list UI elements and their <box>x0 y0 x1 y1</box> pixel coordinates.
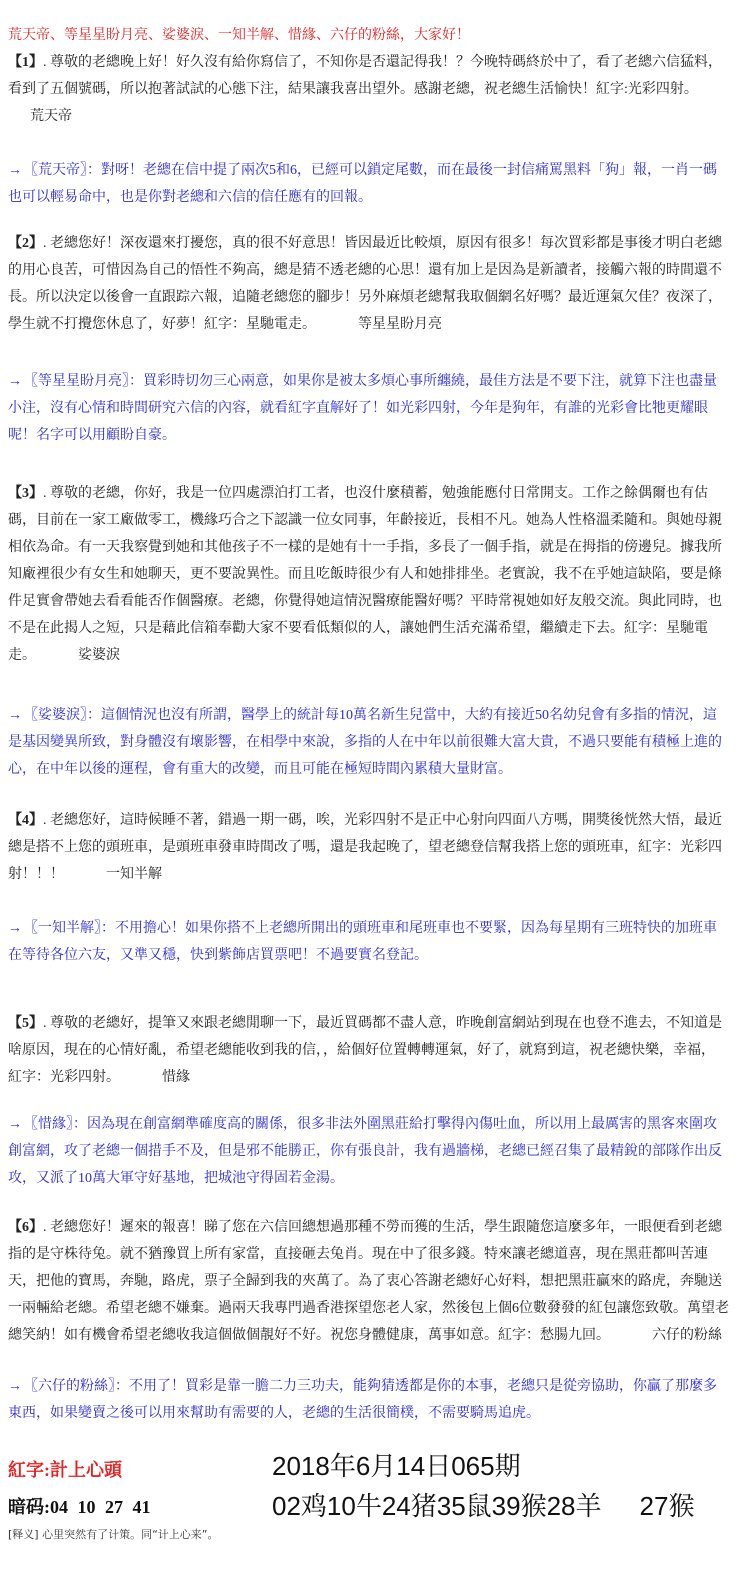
reply-text: 是基因變異所致，對身體沒有壞影響，在相學中來說，多指的人在中年以前很難大富大貴，… <box>8 735 722 750</box>
reply-line: →〖惜緣〗：因為現在創富網準確度高的關係，很多非法外圍黑莊給打擊得內傷吐血，所以… <box>8 1111 748 1138</box>
arrow-right-icon: → <box>8 368 24 395</box>
reply-line: 呢！名字可以用顧盼自豪。 <box>8 422 748 449</box>
reply-text: 〖惜緣〗：因為現在創富網準確度高的關係，很多非法外圍黑莊給打擊得內傷吐血，所以用… <box>24 1117 717 1132</box>
reply-6: →〖六仔的粉絲〗：不用了！買彩是靠一膽二力三功夫，能夠猜透都是你的本事，老總只是… <box>8 1373 748 1427</box>
letter-line: 【4】. 老總您好，這時候睡不著，錯過一期一碼，唉，光彩四射不是正中心射向四面八… <box>8 807 748 834</box>
letter-text: 知廠裡很少有女生和她聊天，更不要說異性。而且吃飯時很少有人和她排排坐。老實說，我… <box>8 567 722 582</box>
reply-text: 攻，又派了10萬大軍守好基地，把城池守得固若金湯。 <box>8 1171 344 1186</box>
letter-number: 【3】 <box>8 486 43 501</box>
letter-3: 【3】. 尊敬的老總，你好，我是一位四處漂泊打工者，也沒什麼積蓄，勉強能應付日常… <box>8 480 748 669</box>
arrow-right-icon: → <box>8 157 24 184</box>
letter-line: 件足實會帶她去看看能否作個醫療。老總，你覺得她這情況醫療能醫好嗎？平時常視她如好… <box>8 588 748 615</box>
letter-text: . 尊敬的老總晚上好！好久沒有給你寫信了，不知你是否還記得我！？今晚特碼終於中了… <box>43 55 722 70</box>
letter-line: 紅字：光彩四射。惜緣 <box>8 1064 748 1091</box>
greeting: 荒天帝、等星星盼月亮、娑婆淚、一知半解、惜緣、六仔的粉絲，大家好！ <box>8 22 748 49</box>
letter-line: 碼，目前在一家工廠做零工，機緣巧合之下認識一位女同事，年齡接近，長相不凡。她為人… <box>8 507 748 534</box>
letter-text: 的用心良苦，可惜因為自己的悟性不夠高，總是猜不透老總的心思！還有加上是因為是新讀… <box>8 263 722 278</box>
signature: 六仔的粉絲 <box>652 1328 722 1343</box>
letter-line: 相依為命。有一天我察覺到她和其他孩子不一樣的是她有十一手指，多長了一個手指，就是… <box>8 534 748 561</box>
arrow-right-icon: → <box>8 915 24 942</box>
reply-text: 〖荒天帝〗：對呀！老總在信中提了兩次5和6，已經可以鎖定尾數，而在最後一封信痛罵… <box>24 163 717 178</box>
letter-6: 【6】. 老總您好！遲來的報喜！睇了您在六信回總想過那種不勞而獲的生活，學生跟隨… <box>8 1214 748 1349</box>
letter-4: 【4】. 老總您好，這時候睡不著，錯過一期一碼，唉，光彩四射不是正中心射向四面八… <box>8 807 748 888</box>
letter-line: 總笑納！如有機會希望老總收我這個做個靚好不好。祝您身體健康，萬事如意。紅字：愁腸… <box>8 1322 748 1349</box>
letter-number: 【1】 <box>8 55 43 70</box>
letter-line: 學生就不打攪您休息了，好夢！紅字：星馳電走。等星星盼月亮 <box>8 311 748 338</box>
letter-line: 啥原因，現在的心情好亂，希望老總能收到我的信，，給個好位置轉轉運氣，好了，就寫到… <box>8 1037 748 1064</box>
letter-text: 紅字：光彩四射。 <box>8 1070 120 1085</box>
signature: 惜緣 <box>162 1070 190 1085</box>
letter-line: 知廠裡很少有女生和她聊天，更不要說異性。而且吃飯時很少有人和她排排坐。老實說，我… <box>8 561 748 588</box>
special-number: 27猴 <box>640 1491 695 1521</box>
secret-code: 暗码:04 10 27 41 <box>8 1496 218 1518</box>
footer-hints: 紅字:計上心頭 暗码:04 10 27 41 [释义] 心里突然有了计策。同“计… <box>8 1459 218 1542</box>
letter-number: 【2】 <box>8 236 43 251</box>
letter-line: 天，把他的寶馬，奔馳，路虎，票子全歸到我的夾萬了。為了衷心答謝老總好心好料，想把… <box>8 1268 748 1295</box>
reply-line: 小注，沒有心情和時間研究六信的內容，就看紅字直解好了！如光彩四射，今年是狗年，有… <box>8 395 748 422</box>
letter-text: 指的是守株待兔。就不猶豫買上所有家當，直接砸去兔肖。現在中了很多錢。特來讓老總道… <box>8 1247 708 1262</box>
draw-numbers-row: 02鸡10牛24猪35鼠39猴28羊27猴 <box>272 1491 694 1521</box>
signature: 娑婆淚 <box>78 648 120 663</box>
letter-text: 相依為命。有一天我察覺到她和其他孩子不一樣的是她有十一手指，多長了一個手指，就是… <box>8 540 722 555</box>
letter-line: 的用心良苦，可惜因為自己的悟性不夠高，總是猜不透老總的心思！還有加上是因為是新讀… <box>8 257 748 284</box>
reply-line: 是基因變異所致，對身體沒有壞影響，在相學中來說，多指的人在中年以前很難大富大貴，… <box>8 729 748 756</box>
red-word: 紅字:計上心頭 <box>8 1459 218 1481</box>
letter-line: 指的是守株待兔。就不猶豫買上所有家當，直接砸去兔肖。現在中了很多錢。特來讓老總道… <box>8 1241 748 1268</box>
reply-line: 也可以輕易命中，也是你對老總和六信的信任應有的回報。 <box>8 184 748 211</box>
reply-3: →〖娑婆淚〗：這個情況也沒有所謂，醫學上的統計每10萬名新生兒當中，大約有接近5… <box>8 702 748 783</box>
reply-text: 呢！名字可以用顧盼自豪。 <box>8 428 176 443</box>
letter-text: . 尊敬的老總，你好，我是一位四處漂泊打工者，也沒什麼積蓄，勉強能應付日常開支。… <box>43 486 708 501</box>
letter-line: 總是搭不上您的頭班車，是頭班車發車時間改了嗎，還是我起晚了，望老總登信幫我搭上您… <box>8 834 748 861</box>
page: 荒天帝、等星星盼月亮、娑婆淚、一知半解、惜緣、六仔的粉絲，大家好！ 【1】. 尊… <box>0 0 748 1575</box>
letter-line: 長。所以決定以後會一直跟踪六報，追隨老總您的腳步！另外麻煩老總幫我取個網名好嗎？… <box>8 284 748 311</box>
letter-text: . 尊敬的老總好，提筆又來跟老總閒聊一下，最近買碼都不盡人意，昨晚創富網站到現在… <box>43 1016 722 1031</box>
letter-line: 【5】. 尊敬的老總好，提筆又來跟老總閒聊一下，最近買碼都不盡人意，昨晚創富網站… <box>8 1010 748 1037</box>
letter-text: 看到了五個號碼，所以抱著試試的心態下注，結果讓我喜出望外。感謝老總，祝老總生活愉… <box>8 82 698 97</box>
letter-text: 天，把他的寶馬，奔馳，路虎，票子全歸到我的夾萬了。為了衷心答謝老總好心好料，想把… <box>8 1274 722 1289</box>
letter-text: . 老總您好！遲來的報喜！睇了您在六信回總想過那種不勞而獲的生活，學生跟隨您這麼… <box>43 1220 722 1235</box>
letter-2: 【2】. 老總您好！深夜還來打擾您，真的很不好意思！皆因最近比較煩，原因有很多！… <box>8 230 748 338</box>
letter-text: 學生就不打攪您休息了，好夢！紅字：星馳電走。 <box>8 317 316 332</box>
reply-line: →〖娑婆淚〗：這個情況也沒有所謂，醫學上的統計每10萬名新生兒當中，大約有接近5… <box>8 702 748 729</box>
letter-text: 長。所以決定以後會一直跟踪六報，追隨老總您的腳步！另外麻煩老總幫我取個網名好嗎？… <box>8 290 722 305</box>
reply-line: →〖等星星盼月亮〗：買彩時切勿三心兩意，如果你是被太多煩心事所纏繞，最佳方法是不… <box>8 368 748 395</box>
letter-line: 【3】. 尊敬的老總，你好，我是一位四處漂泊打工者，也沒什麼積蓄，勉強能應付日常… <box>8 480 748 507</box>
letter-line: 走。娑婆淚 <box>8 642 748 669</box>
reply-line: →〖一知半解〗：不用擔心！如果你搭不上老總所開出的頭班車和尾班車也不要緊，因為每… <box>8 915 748 942</box>
reply-2: →〖等星星盼月亮〗：買彩時切勿三心兩意，如果你是被太多煩心事所纏繞，最佳方法是不… <box>8 368 748 449</box>
letter-text: 碼，目前在一家工廠做零工，機緣巧合之下認識一位女同事，年齡接近，長相不凡。她為人… <box>8 513 722 528</box>
reply-text: 〖六仔的粉絲〗：不用了！買彩是靠一膽二力三功夫，能夠猜透都是你的本事，老總只是從… <box>24 1379 717 1394</box>
reply-text: 〖一知半解〗：不用擔心！如果你搭不上老總所開出的頭班車和尾班車也不要緊，因為每星… <box>24 921 717 936</box>
letter-line: 一兩輛給老總。希望老總不嫌棄。過兩天我專門過香港探望您老人家，然後包上個6位數發… <box>8 1295 748 1322</box>
letter-line: 【2】. 老總您好！深夜還來打擾您，真的很不好意思！皆因最近比較煩，原因有很多！… <box>8 230 748 257</box>
reply-1: →〖荒天帝〗：對呀！老總在信中提了兩次5和6，已經可以鎖定尾數，而在最後一封信痛… <box>8 157 748 211</box>
reply-4: →〖一知半解〗：不用擔心！如果你搭不上老總所開出的頭班車和尾班車也不要緊，因為每… <box>8 915 748 969</box>
letter-number: 【5】 <box>8 1016 43 1031</box>
letter-number: 【6】 <box>8 1220 43 1235</box>
letter-line: 荒天帝 <box>8 103 748 130</box>
letter-line: 不是在此揭人之短，只是藉此信箱奉勸大家不要看低類似的人，讓她們生活充滿希望，繼續… <box>8 615 748 642</box>
greeting-line: 荒天帝、等星星盼月亮、娑婆淚、一知半解、惜緣、六仔的粉絲，大家好！ <box>8 22 748 49</box>
arrow-right-icon: → <box>8 702 24 729</box>
letter-1: 【1】. 尊敬的老總晚上好！好久沒有給你寫信了，不知你是否還記得我！？今晚特碼終… <box>8 49 748 130</box>
draw-date: 2018年6月14日065期 <box>272 1451 694 1481</box>
reply-line: →〖六仔的粉絲〗：不用了！買彩是靠一膽二力三功夫，能夠猜透都是你的本事，老總只是… <box>8 1373 748 1400</box>
reply-text: 東西，如果變賣之後可以用來幫助有需要的人，老總的生活很簡樸，不需要騎馬追虎。 <box>8 1406 540 1421</box>
reply-text: 創富網，攻了老總一個措手不及，但是邪不能勝正，你有張良計，我有過牆梯，老總已經召… <box>8 1144 722 1159</box>
reply-text: 也可以輕易命中，也是你對老總和六信的信任應有的回報。 <box>8 190 372 205</box>
letter-line: 【6】. 老總您好！遲來的報喜！睇了您在六信回總想過那種不勞而獲的生活，學生跟隨… <box>8 1214 748 1241</box>
letter-text: 一兩輛給老總。希望老總不嫌棄。過兩天我專門過香港探望您老人家，然後包上個6位數發… <box>8 1301 729 1316</box>
letter-text: 件足實會帶她去看看能否作個醫療。老總，你覺得她這情況醫療能醫好嗎？平時常視她如好… <box>8 594 722 609</box>
letter-text: 不是在此揭人之短，只是藉此信箱奉勸大家不要看低類似的人，讓她們生活充滿希望，繼續… <box>8 621 708 636</box>
draw-result: 2018年6月14日065期 02鸡10牛24猪35鼠39猴28羊27猴 <box>272 1451 694 1521</box>
reply-text: 〖等星星盼月亮〗：買彩時切勿三心兩意，如果你是被太多煩心事所纏繞，最佳方法是不要… <box>24 374 717 389</box>
letter-text: . 老總您好！深夜還來打擾您，真的很不好意思！皆因最近比較煩，原因有很多！每次買… <box>43 236 722 251</box>
reply-line: 心，在中年以後的運程，會有重大的改變，而且可能在極短時間內累積大量財富。 <box>8 756 748 783</box>
letter-line: 【1】. 尊敬的老總晚上好！好久沒有給你寫信了，不知你是否還記得我！？今晚特碼終… <box>8 49 748 76</box>
letter-text: 走。 <box>8 648 36 663</box>
arrow-right-icon: → <box>8 1373 24 1400</box>
reply-text: 心，在中年以後的運程，會有重大的改變，而且可能在極短時間內累積大量財富。 <box>8 762 512 777</box>
reply-line: 在等待各位六友，又準又穩，快到紫飾店買票吧！不過要實名登記。 <box>8 942 748 969</box>
reply-line: 創富網，攻了老總一個措手不及，但是邪不能勝正，你有張良計，我有過牆梯，老總已經召… <box>8 1138 748 1165</box>
letter-text: 射！！！ <box>8 867 64 882</box>
signature: 一知半解 <box>106 867 162 882</box>
reply-text: 〖娑婆淚〗：這個情況也沒有所謂，醫學上的統計每10萬名新生兒當中，大約有接近50… <box>24 708 717 723</box>
letter-text: 啥原因，現在的心情好亂，希望老總能收到我的信，，給個好位置轉轉運氣，好了，就寫到… <box>8 1043 715 1058</box>
letter-text: . 老總您好，這時候睡不著，錯過一期一碼，唉，光彩四射不是正中心射向四面八方嗎，… <box>43 813 722 828</box>
signature: 等星星盼月亮 <box>358 317 442 332</box>
idiom-explanation: [释义] 心里突然有了计策。同“计上心来”。 <box>8 1528 218 1542</box>
letter-number: 【4】 <box>8 813 43 828</box>
reply-line: 攻，又派了10萬大軍守好基地，把城池守得固若金湯。 <box>8 1165 748 1192</box>
letter-line: 看到了五個號碼，所以抱著試試的心態下注，結果讓我喜出望外。感謝老總，祝老總生活愉… <box>8 76 748 103</box>
reply-line: →〖荒天帝〗：對呀！老總在信中提了兩次5和6，已經可以鎖定尾數，而在最後一封信痛… <box>8 157 748 184</box>
reply-line: 東西，如果變賣之後可以用來幫助有需要的人，老總的生活很簡樸，不需要騎馬追虎。 <box>8 1400 748 1427</box>
arrow-right-icon: → <box>8 1111 24 1138</box>
letter-5: 【5】. 尊敬的老總好，提筆又來跟老總閒聊一下，最近買碼都不盡人意，昨晚創富網站… <box>8 1010 748 1091</box>
letter-text: 總笑納！如有機會希望老總收我這個做個靚好不好。祝您身體健康，萬事如意。紅字：愁腸… <box>8 1328 610 1343</box>
draw-numbers: 02鸡10牛24猪35鼠39猴28羊 <box>272 1491 602 1521</box>
letter-text: 總是搭不上您的頭班車，是頭班車發車時間改了嗎，還是我起晚了，望老總登信幫我搭上您… <box>8 840 722 855</box>
letter-line: 射！！！一知半解 <box>8 861 748 888</box>
reply-text: 小注，沒有心情和時間研究六信的內容，就看紅字直解好了！如光彩四射，今年是狗年，有… <box>8 401 708 416</box>
reply-5: →〖惜緣〗：因為現在創富網準確度高的關係，很多非法外圍黑莊給打擊得內傷吐血，所以… <box>8 1111 748 1192</box>
reply-text: 在等待各位六友，又準又穩，快到紫飾店買票吧！不過要實名登記。 <box>8 948 428 963</box>
signature: 荒天帝 <box>30 109 72 124</box>
